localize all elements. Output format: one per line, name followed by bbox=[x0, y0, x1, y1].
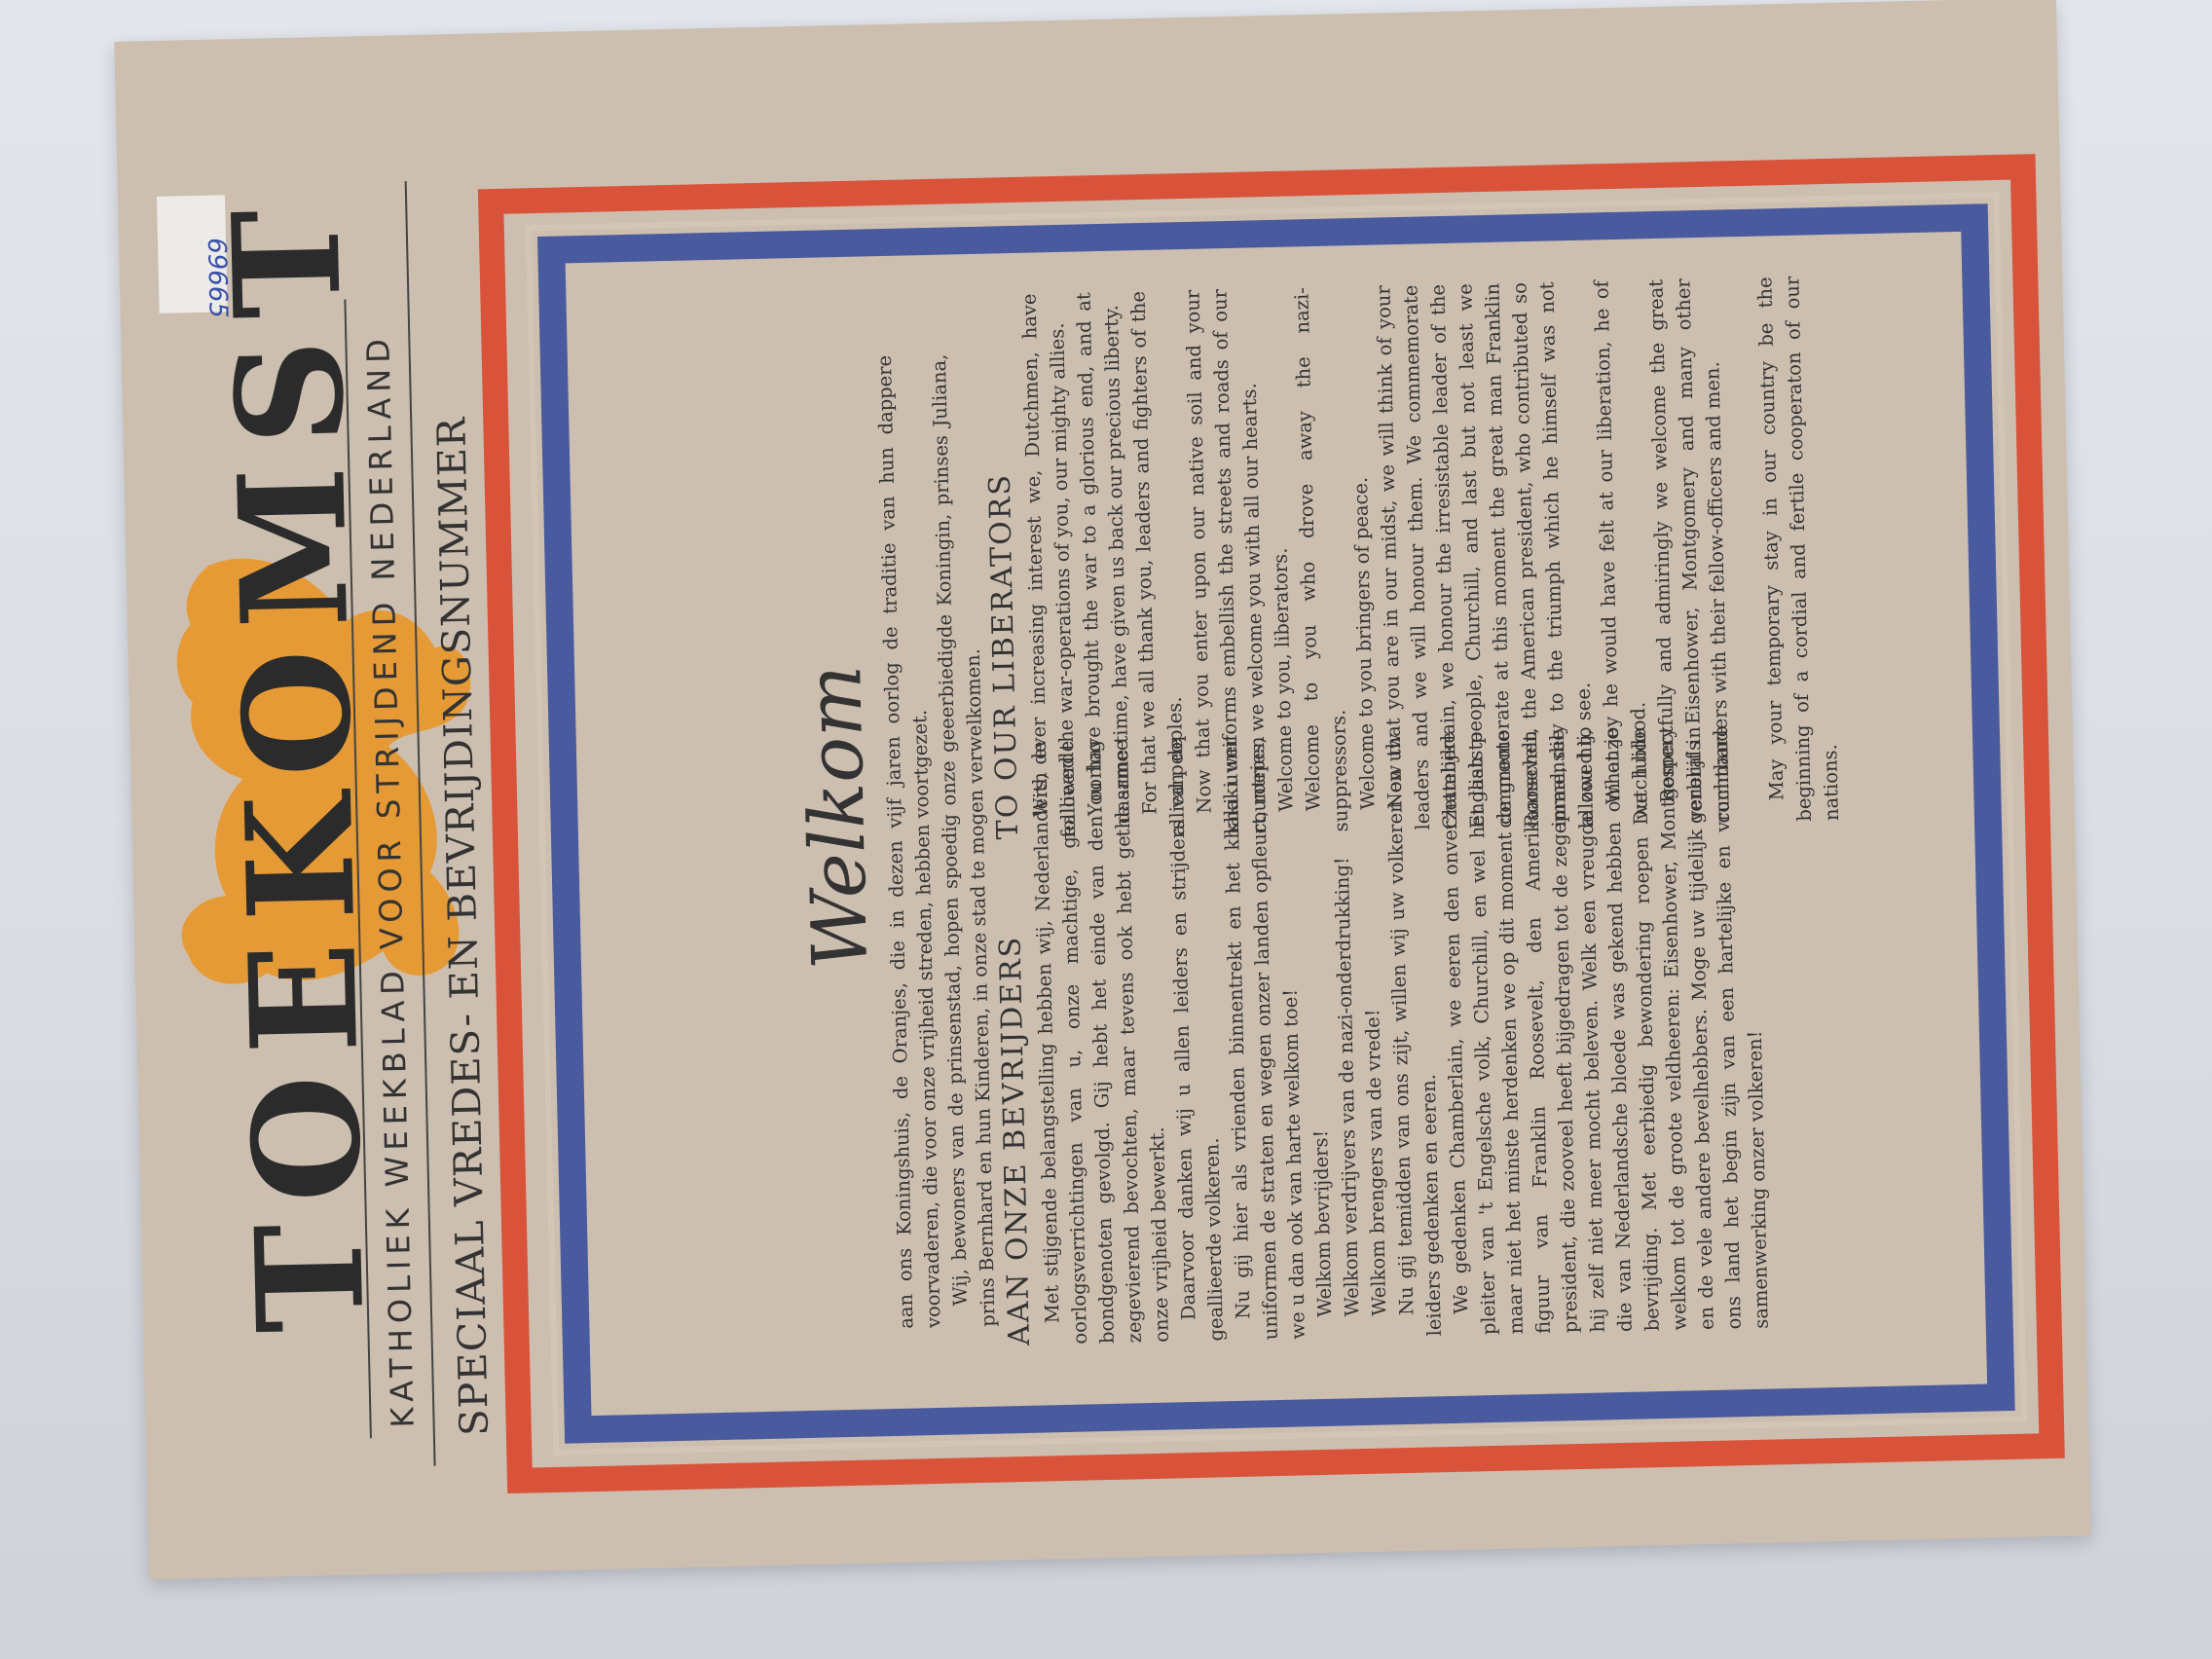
english-heading: TO OUR LIBERATORS bbox=[982, 294, 1022, 839]
newspaper-sheet: 69665 TOEKOMST KATHOLIEK WEEKBLAD VOOR S… bbox=[114, 0, 2090, 1579]
english-column: TO OUR LIBERATORS With ever increasing i… bbox=[977, 276, 1845, 840]
article-heading: Welkom bbox=[791, 664, 885, 971]
